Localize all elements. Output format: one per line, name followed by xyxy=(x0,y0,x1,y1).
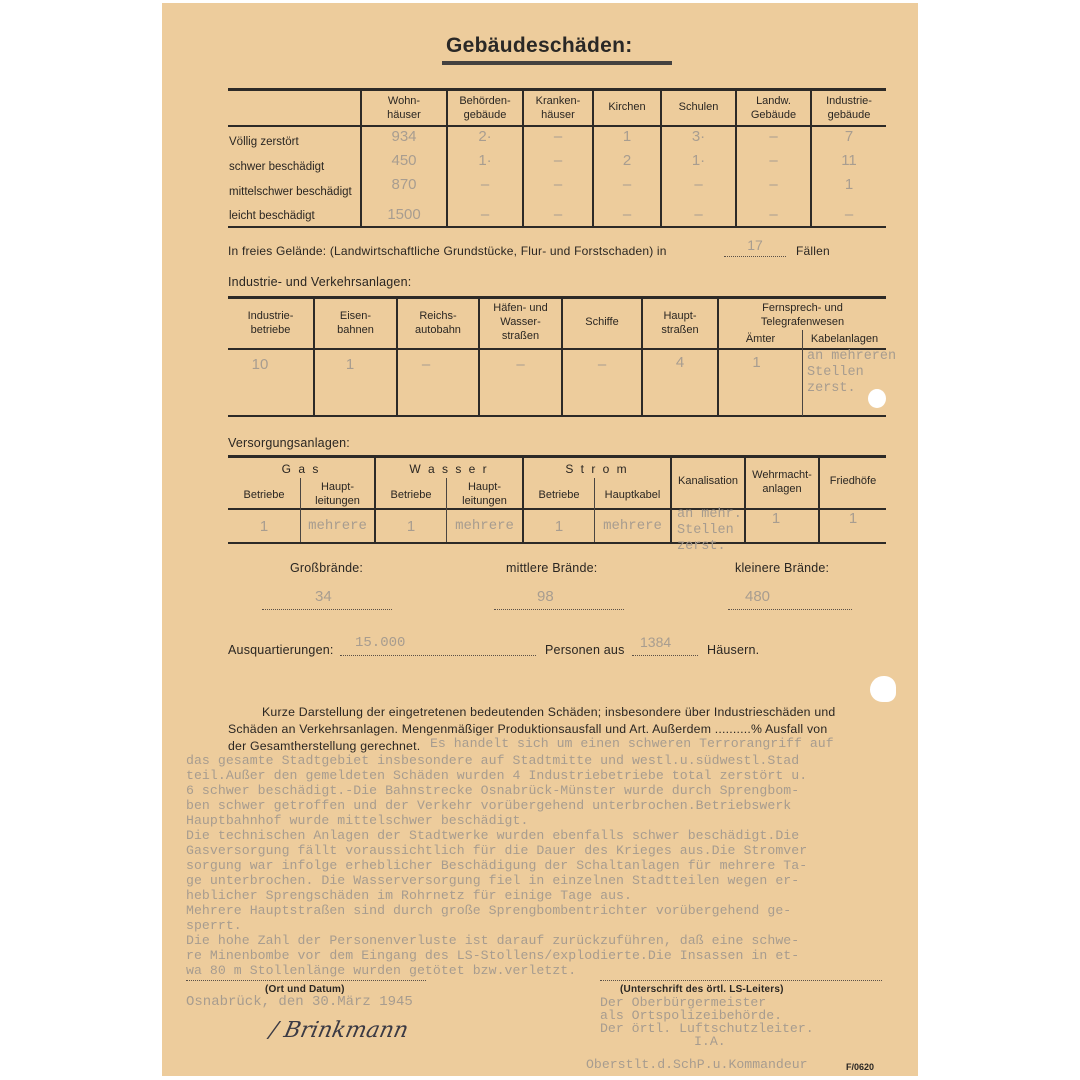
summary-typed-line: Mehrere Hauptstraßen sind durch große Sp… xyxy=(186,903,791,918)
column-header: Schiffe xyxy=(563,315,641,329)
signer-block: Der Oberbürgermeister als Ortspolizeibeh… xyxy=(600,996,814,1048)
commander-line: Oberstlt.d.SchP.u.Kommandeur xyxy=(586,1057,808,1072)
cell: 1 xyxy=(719,354,794,371)
cell: mehrere xyxy=(301,518,374,534)
cell: 10 xyxy=(228,356,292,373)
column-header: Betriebe xyxy=(376,488,446,502)
cell: 4 xyxy=(643,354,717,371)
summary-instruction-line2: Schäden an Verkehrsanlagen. Mengenmäßige… xyxy=(228,722,827,736)
punch-hole xyxy=(868,389,886,408)
cell: – xyxy=(448,206,522,223)
open-terrain-value: 17 xyxy=(724,237,786,253)
cell: – xyxy=(662,206,735,223)
cell: 1 xyxy=(812,176,886,193)
medium-fires-label: mittlere Brände: xyxy=(506,561,597,575)
column-header: Kirchen xyxy=(594,100,660,114)
cell: – xyxy=(524,206,592,223)
column-header: Wohn-häuser xyxy=(362,94,446,122)
cell: 1· xyxy=(662,152,735,169)
column-header: Reichs-autobahn xyxy=(398,309,478,337)
column-header: Schulen xyxy=(662,100,735,114)
cell: 1 xyxy=(228,518,300,535)
cell: 870 xyxy=(362,176,446,193)
cell: – xyxy=(524,152,592,169)
summary-typed-line: teil.Außer den gemeldeten Schäden wurden… xyxy=(186,768,807,783)
row-label: Völlig zerstört xyxy=(229,136,299,148)
cell: 450 xyxy=(362,152,446,169)
summary-typed-line: das gesamte Stadtgebiet insbesondere auf… xyxy=(186,753,799,768)
column-header: Kabelanlagen xyxy=(803,332,886,346)
cell: 1 xyxy=(746,510,806,527)
row-label: schwer beschädigt xyxy=(229,161,324,173)
cell: – xyxy=(448,176,522,193)
column-group-header: S t r o m xyxy=(524,462,670,476)
cell: 7 xyxy=(812,128,886,145)
title-underline xyxy=(442,61,672,65)
summary-typed-line: 6 schwer beschädigt.-Die Bahnstrecke Osn… xyxy=(186,783,799,798)
column-header: Eisen-bahnen xyxy=(315,309,396,337)
cell: 3· xyxy=(662,128,735,145)
summary-typed-line0: Es handelt sich um einen schweren Terror… xyxy=(430,736,834,751)
summary-typed-line: re Minenbombe vor dem Eingang des LS-Sto… xyxy=(186,948,799,963)
summary-typed-line: heblicher Sprengschäden im Rohrnetz für … xyxy=(186,888,632,903)
summary-typed-line: Die technischen Anlagen der Stadtwerke w… xyxy=(186,828,799,843)
summary-typed-line: sperrt. xyxy=(186,918,242,933)
column-group-header: G a s xyxy=(228,462,374,476)
cell: 1 xyxy=(376,518,446,535)
cell: 11 xyxy=(812,152,886,169)
cell: 2 xyxy=(594,152,660,169)
column-header: Haupt-straßen xyxy=(643,309,717,337)
archive-number: F/0620 xyxy=(846,1062,874,1072)
summary-typed-line: sorgung war infolge erheblicher Beschädi… xyxy=(186,858,807,873)
summary-typed-line: Gasversorgung fällt voraussichtlich für … xyxy=(186,843,807,858)
cell: – xyxy=(524,128,592,145)
supply-heading: Versorgungsanlagen: xyxy=(228,436,350,450)
cell: – xyxy=(737,152,810,169)
column-header: Betriebe xyxy=(228,488,300,502)
column-header: Hauptkabel xyxy=(595,488,670,502)
open-terrain-suffix: Fällen xyxy=(796,244,830,258)
summary-typed-line: Die hohe Zahl der Personenverluste ist d… xyxy=(186,933,799,948)
column-header: Haupt-leitungen xyxy=(301,480,374,508)
cell: – xyxy=(737,128,810,145)
cell: 1 xyxy=(594,128,660,145)
large-fires-label: Großbrände: xyxy=(290,561,363,575)
small-fires-value: 480 xyxy=(745,588,770,605)
cell: – xyxy=(662,176,735,193)
cell: – xyxy=(737,206,810,223)
column-header: Industrie-betriebe xyxy=(228,309,313,337)
cell: mehrere xyxy=(595,518,670,534)
column-header: Ämter xyxy=(719,332,802,346)
summary-typed-line: ben schwer getroffen und der Verkehr vor… xyxy=(186,798,791,813)
cell: – xyxy=(594,206,660,223)
place-date-value: Osnabrück, den 30.März 1945 xyxy=(186,994,413,1010)
cell-kabelanlagen: an mehrerenStellenzerst. xyxy=(807,349,896,397)
cell: – xyxy=(524,176,592,193)
column-header: Kanalisation xyxy=(672,474,744,488)
evacuated-persons-value: 15.000 xyxy=(355,635,405,651)
punch-hole xyxy=(870,676,896,702)
small-fires-label: kleinere Brände: xyxy=(735,561,829,575)
open-terrain-text: In freies Gelände: (Landwirtschaftliche … xyxy=(228,244,667,258)
row-label: mittelschwer beschädigt xyxy=(229,186,352,198)
handwritten-signature: / Brinkmann xyxy=(267,1018,410,1043)
column-header: Betriebe xyxy=(524,488,594,502)
cell-kanalisation: an mehr.Stellenzerst. xyxy=(677,507,742,555)
cell: – xyxy=(812,206,886,223)
cell: 2· xyxy=(448,128,522,145)
cell: – xyxy=(398,356,454,373)
cell: 1 xyxy=(524,518,594,535)
summary-typed-line: Hauptbahnhof wurde mittelschwer beschädi… xyxy=(186,813,528,828)
cell: – xyxy=(480,356,561,373)
signature-label: (Unterschrift des örtl. LS-Leiters) xyxy=(620,984,784,995)
column-header: Haupt-leitungen xyxy=(447,480,522,508)
column-header: Wehrmacht-anlagen xyxy=(746,468,818,496)
cell: 1 xyxy=(315,356,385,373)
column-header: Häfen- undWasser-straßen xyxy=(480,301,561,343)
document-title: Gebäudeschäden: xyxy=(446,34,633,58)
summary-typed-line: wa 80 m Stollenlänge wurden getötet bzw.… xyxy=(186,963,576,978)
summary-typed-line: ge unterbrochen. Die Wasserversorgung fi… xyxy=(186,873,799,888)
summary-instruction-line3: der Gesamtherstellung gerechnet. xyxy=(228,739,420,753)
column-header: Friedhöfe xyxy=(820,474,886,488)
column-header: Kranken-häuser xyxy=(524,94,592,122)
column-group-header: Fernsprech- undTelegrafenwesen xyxy=(719,301,886,329)
persons-label: Personen aus xyxy=(545,643,625,657)
houses-label: Häusern. xyxy=(707,643,759,657)
row-label: leicht beschädigt xyxy=(229,210,315,222)
cell: 934 xyxy=(362,128,446,145)
summary-instruction-line1: Kurze Darstellung der eingetretenen bede… xyxy=(262,705,835,719)
houses-value: 1384 xyxy=(640,634,671,650)
cell: 1500 xyxy=(362,206,446,223)
column-header: Industrie-gebäude xyxy=(812,94,886,122)
medium-fires-value: 98 xyxy=(537,588,554,605)
cell: 1 xyxy=(820,510,886,527)
column-header: Landw.Gebäude xyxy=(737,94,810,122)
cell: mehrere xyxy=(447,518,522,534)
cell: – xyxy=(594,176,660,193)
cell: 1· xyxy=(448,152,522,169)
large-fires-value: 34 xyxy=(315,588,332,605)
evacuations-label: Ausquartierungen: xyxy=(228,643,334,657)
cell: – xyxy=(563,356,641,373)
industry-heading: Industrie- und Verkehrsanlagen: xyxy=(228,275,411,289)
column-group-header: W a s s e r xyxy=(376,462,522,476)
cell: – xyxy=(737,176,810,193)
column-header: Behörden-gebäude xyxy=(448,94,522,122)
